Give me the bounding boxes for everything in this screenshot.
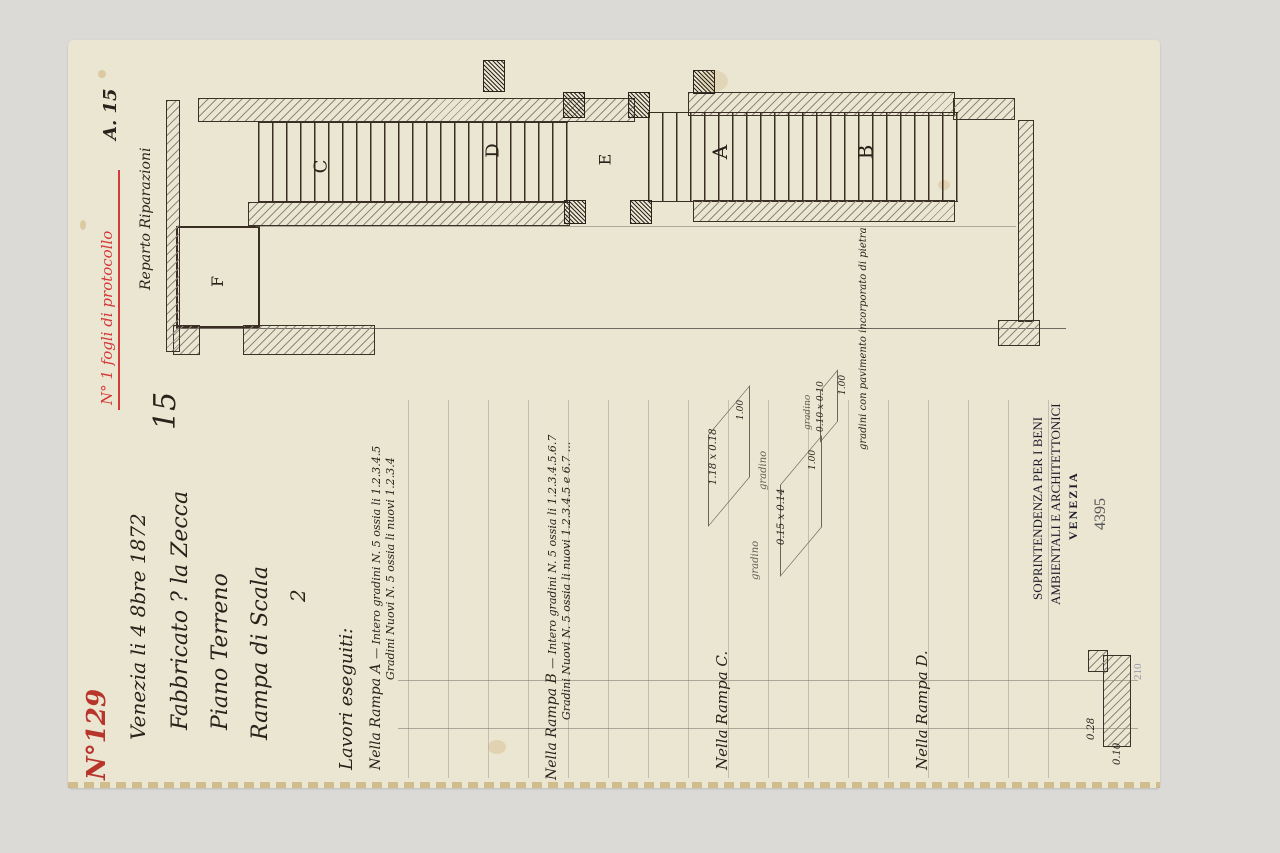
ruled-line [528,400,529,778]
label-landing-e: E [595,154,614,166]
rampa-a-heading: Nella Rampa A [368,663,384,770]
rampa-b-label: Nella Rampa B — Intero gradini N. 5 ossi… [544,435,560,780]
wall-middle-right [693,200,955,222]
label-rampa-a: A [708,145,732,159]
wall-top-right-end [953,98,1015,120]
floor: Piano Terreno [208,573,233,730]
block2-note: 1.00 [808,450,818,470]
wall-bottom-right [998,320,1040,346]
label-room-f: F [208,276,227,287]
rampa-b-line1: — Intero gradini N. 5 ossia li 1.2.3.4.5… [546,435,559,669]
ruled-line [408,400,409,778]
stain [488,740,506,754]
red-underline [118,170,120,410]
stamp-line2: AMBIENTALI E ARCHITETTONICI [1048,403,1064,605]
section-dimension: 0.28 [1086,718,1097,740]
red-annotation: N° 1 fogli di protocollo [98,231,116,405]
rampa-c-label: Nella Rampa C. [713,651,731,770]
pillar [693,70,715,94]
document-sheet: A B C D E F A. 15 N° 1 fogli di protocol… [68,40,1160,788]
block2-dimensions: 0.15 x 0.14 [776,488,787,545]
plan-line [256,226,1016,227]
ruled-line [848,400,849,778]
section-mark: 15 [148,392,183,430]
rampa-a-line2: Gradini Nuovi N. 5 ossia li nuovi 1.2.3.… [384,457,397,680]
ruled-line [398,728,1138,729]
stair-ramp-left [258,122,568,202]
rampa-b-heading: Nella Rampa B [544,673,560,780]
subject: Rampa di Scala [248,566,273,740]
ruled-line [648,400,649,778]
wall-left [166,100,180,352]
right-note: gradini con pavimento incorporato di pie… [858,227,869,450]
block1-dimensions: 1.18 x 0.18 [708,428,719,485]
rampa-b-line2: Gradini Nuovi N. 5 ossia li nuovi 1.2.3.… [560,442,573,720]
page-number: 2 [286,589,310,602]
ruled-line [888,400,889,778]
block3-side: gradino [803,395,813,430]
sheet-number: A. 15 [100,88,121,140]
wall-middle-left [248,202,570,226]
block1-side: gradino [758,451,769,490]
label-rampa-b: B [853,145,877,160]
building-name: Fabbricato ? la Zecca [168,491,193,730]
works-title: Lavori eseguiti: [336,628,357,770]
faint-number: 210 [1132,664,1144,681]
wall-bottom [243,325,375,355]
pillar [564,200,586,224]
section-detail [1088,650,1108,672]
archive-number: 4395 [1092,498,1110,530]
ruled-line [1008,400,1009,778]
stair-ramp-right [648,112,958,202]
ruled-line [608,400,609,778]
wall-right [1018,120,1034,322]
ruled-line [398,680,1138,681]
stain [98,70,106,78]
header-note: Reparto Riparazioni [138,148,154,290]
rampa-a-line1: — Intero gradini N. 5 ossia li 1.2.3.4.5 [370,446,383,659]
pillar [630,200,652,224]
red-number: N°129 [82,689,112,780]
pillar [563,92,585,118]
label-rampa-d: D [483,143,504,157]
block1-note: 1.00 [736,400,746,420]
block3-dimensions: 0.10 x 0.10 [816,381,826,432]
pillar [483,60,505,92]
ruled-line [688,400,689,778]
stain [80,220,86,230]
ruled-line [448,400,449,778]
pillar [628,92,650,118]
ruled-line [488,400,489,778]
place-date: Venezia li 4 8bre 1872 [126,513,150,740]
stamp-line3: VENEZIA [1066,471,1081,540]
rampa-d-label: Nella Rampa D. [913,650,931,770]
stamp-line1: SOPRINTENDENZA PER I BENI [1030,417,1046,600]
ruled-line [968,400,969,778]
label-rampa-c: C [310,160,331,174]
section-dimension-2: 0.10 [1112,743,1123,765]
block2-side: gradino [750,541,761,580]
block3-note: 1.00 [838,375,848,395]
rampa-a-label: Nella Rampa A — Intero gradini N. 5 ossi… [368,446,384,770]
